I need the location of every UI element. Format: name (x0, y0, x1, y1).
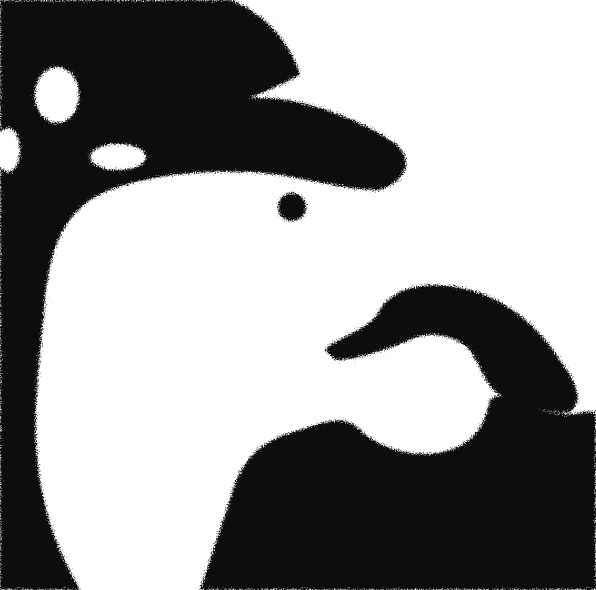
silhouette-image (0, 0, 596, 590)
photo-canvas (0, 0, 596, 590)
